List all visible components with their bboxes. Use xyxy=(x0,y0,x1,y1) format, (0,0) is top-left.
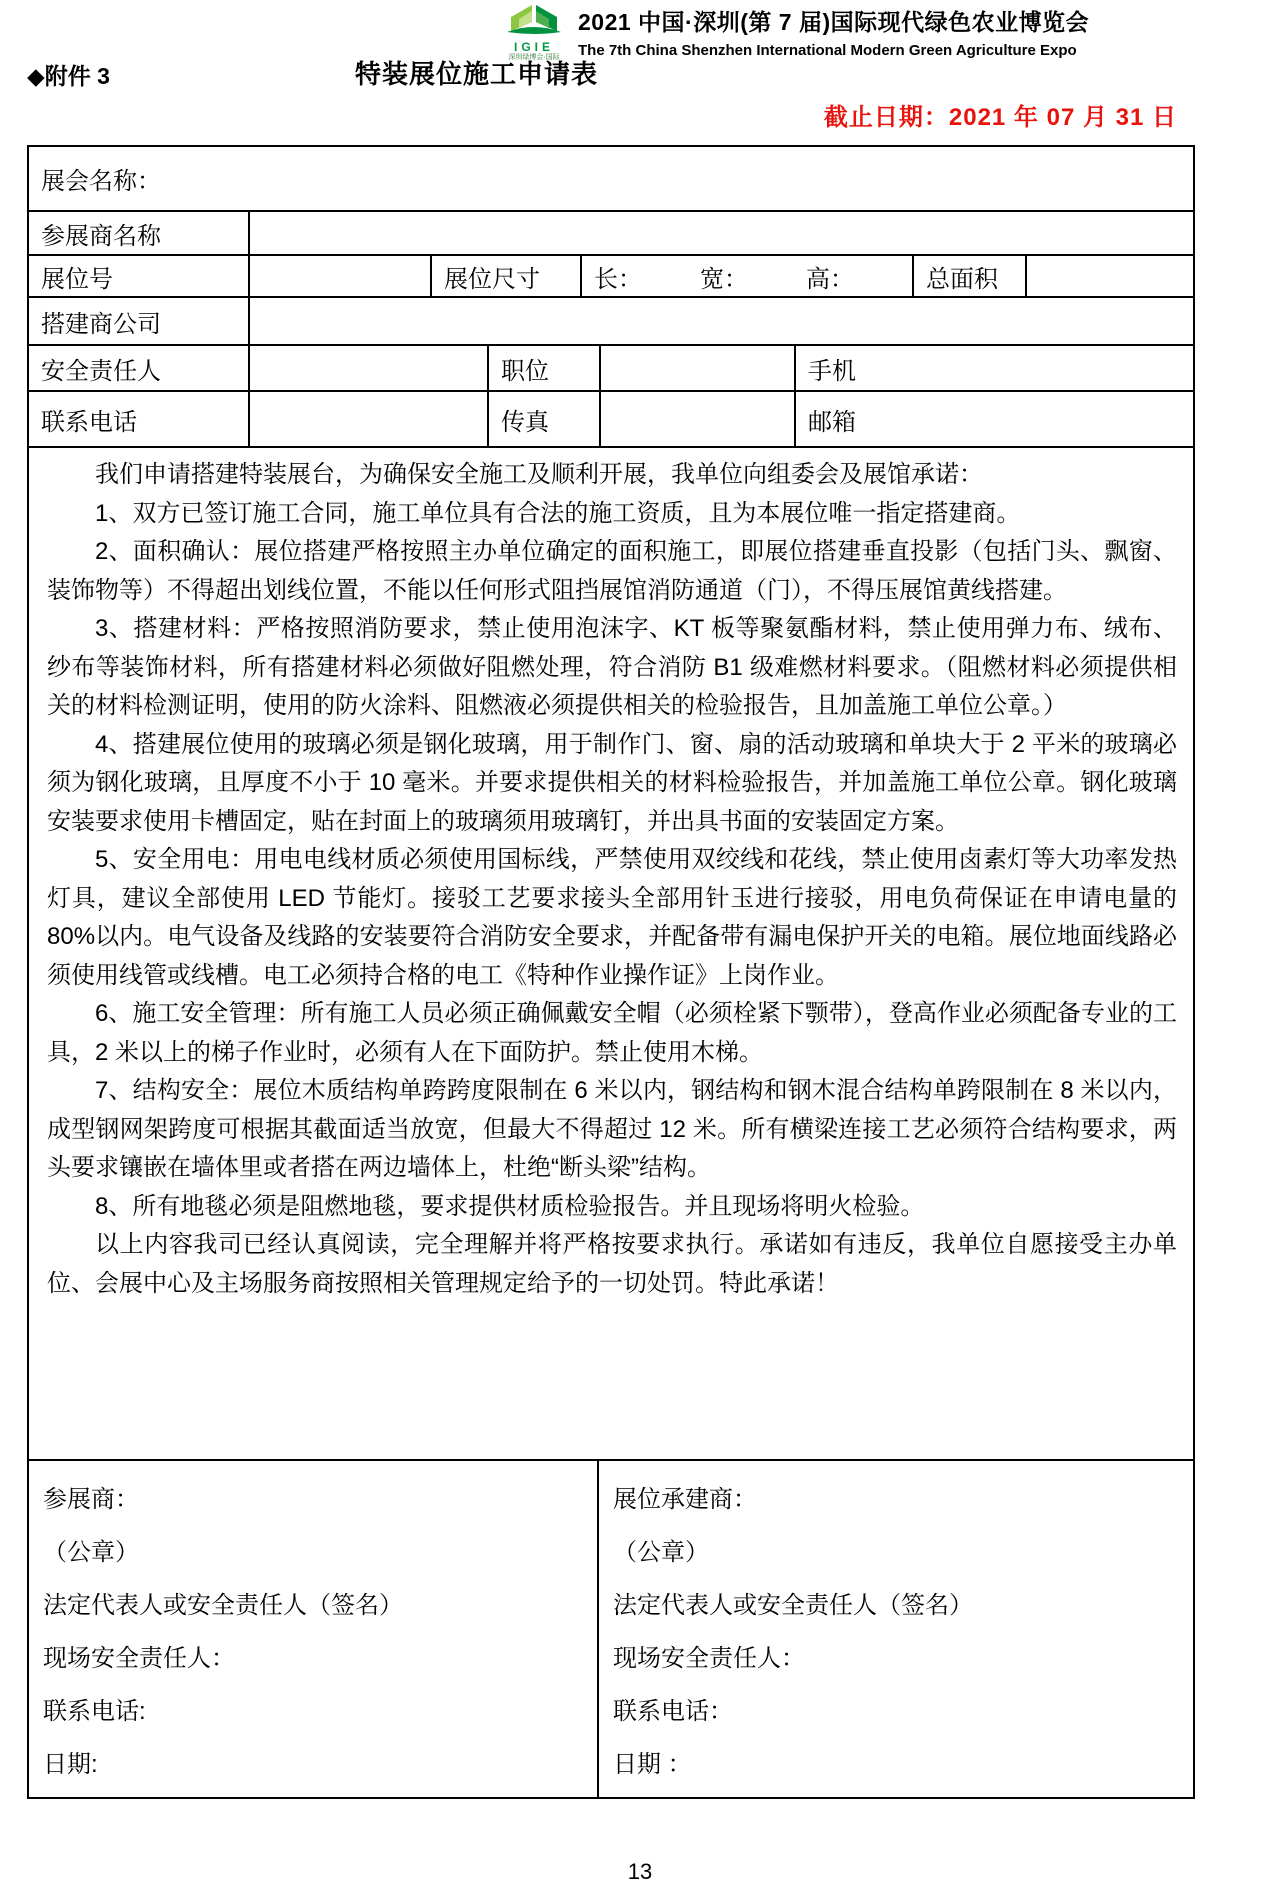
safety-officer-label: 安全责任人 xyxy=(41,351,161,386)
contractor-party-label: 展位承建商： xyxy=(599,1473,1193,1526)
form-title: 特装展位施工申请表 xyxy=(355,54,598,91)
pledge-paragraph: 7、结构安全：展位木质结构单跨跨度限制在 6 米以内，钢结构和钢木混合结构单跨限… xyxy=(47,1072,1177,1188)
dim-height-label: 高： xyxy=(806,259,854,294)
exhibitor-seal-label: （公章） xyxy=(29,1526,597,1579)
booth-no-label: 展位号 xyxy=(41,259,113,294)
fax-field[interactable] xyxy=(601,392,796,446)
expo-titles: 2021 中国·深圳(第 7 届)国际现代绿色农业博览会 The 7th Chi… xyxy=(578,4,1138,59)
expo-title-cn: 2021 中国·深圳(第 7 届)国际现代绿色农业博览会 xyxy=(578,4,1138,37)
signature-section: 参展商： （公章） 法定代表人或安全责任人（签名） 现场安全责任人： 联系电话:… xyxy=(29,1461,1193,1797)
signature-exhibitor-cell[interactable]: 参展商： （公章） 法定代表人或安全责任人（签名） 现场安全责任人： 联系电话:… xyxy=(29,1461,599,1797)
signature-contractor-cell[interactable]: 展位承建商： （公章） 法定代表人或安全责任人（签名） 现场安全责任人： 联系电… xyxy=(599,1461,1193,1797)
application-form-page: IGIE 深圳绿博会·国际 2021 中国·深圳(第 7 届)国际现代绿色农业博… xyxy=(0,0,1280,1901)
pledge-paragraph: 我们申请搭建特装展台，为确保安全施工及顺利开展，我单位向组委会及展馆承诺： xyxy=(47,456,1177,495)
pledge-paragraph: 1、双方已签订施工合同，施工单位具有合法的施工资质，且为本展位唯一指定搭建商。 xyxy=(47,495,1177,534)
booth-no-field[interactable] xyxy=(250,256,432,296)
position-label-cell: 职位 xyxy=(489,346,601,390)
booth-size-label-cell: 展位尺寸 xyxy=(432,256,582,296)
row-contact-phone: 联系电话 传真 邮箱 xyxy=(29,392,1193,448)
exhibitor-date-label: 日期: xyxy=(29,1738,597,1791)
pledge-paragraph: 2、面积确认：展位搭建严格按照主办单位确定的面积施工，即展位搭建垂直投影（包括门… xyxy=(47,533,1177,610)
deadline-text: 截止日期：2021 年 07 月 31 日 xyxy=(27,97,1177,132)
mobile-label: 手机 xyxy=(808,351,856,386)
exhibitor-name-label-cell: 参展商名称 xyxy=(29,212,250,254)
total-area-label: 总面积 xyxy=(926,259,998,294)
logo-leaves-icon xyxy=(497,2,571,36)
exhibitor-rep-label: 法定代表人或安全责任人（签名） xyxy=(29,1579,597,1632)
contractor-seal-label: （公章） xyxy=(599,1526,1193,1579)
contractor-rep-label: 法定代表人或安全责任人（签名） xyxy=(599,1579,1193,1632)
contractor-label: 搭建商公司 xyxy=(41,304,161,339)
total-area-label-cell: 总面积 xyxy=(914,256,1027,296)
exhibition-name-cell[interactable]: 展会名称： xyxy=(29,147,1193,210)
booth-dimensions-cell[interactable]: 长： 宽： 高： xyxy=(582,256,914,296)
total-area-field[interactable] xyxy=(1027,256,1193,296)
contractor-site-officer-label: 现场安全责任人： xyxy=(599,1632,1193,1685)
row-exhibition-name: 展会名称： xyxy=(29,147,1193,212)
safety-officer-label-cell: 安全责任人 xyxy=(29,346,250,390)
safety-officer-field[interactable] xyxy=(250,346,489,390)
position-label: 职位 xyxy=(501,351,549,386)
contractor-phone-label: 联系电话： xyxy=(599,1685,1193,1738)
pledge-paragraph: 3、搭建材料：严格按照消防要求，禁止使用泡沫字、KT 板等聚氨酯材料，禁止使用弹… xyxy=(47,610,1177,726)
pledge-paragraph: 5、安全用电：用电电线材质必须使用国标线，严禁使用双绞线和花线，禁止使用卤素灯等… xyxy=(47,841,1177,995)
expo-title-en: The 7th China Shenzhen International Mod… xyxy=(578,42,1138,59)
booth-size-label: 展位尺寸 xyxy=(444,259,540,294)
pledge-paragraph: 6、施工安全管理：所有施工人员必须正确佩戴安全帽（必须栓紧下颚带），登高作业必须… xyxy=(47,995,1177,1072)
contractor-field[interactable] xyxy=(250,298,1193,344)
exhibitor-name-field[interactable] xyxy=(250,212,1193,254)
row-contractor: 搭建商公司 xyxy=(29,298,1193,346)
contact-phone-label-cell: 联系电话 xyxy=(29,392,250,446)
exhibitor-site-officer-label: 现场安全责任人： xyxy=(29,1632,597,1685)
contractor-date-label: 日期 ： xyxy=(599,1738,1193,1791)
fax-label-cell: 传真 xyxy=(489,392,601,446)
logo-abbr-text: IGIE xyxy=(497,41,571,53)
booth-no-label-cell: 展位号 xyxy=(29,256,250,296)
pledge-paragraph: 4、搭建展位使用的玻璃必须是钢化玻璃，用于制作门、窗、扇的活动玻璃和单块大于 2… xyxy=(47,726,1177,842)
email-cell[interactable]: 邮箱 xyxy=(796,392,1193,446)
fax-label: 传真 xyxy=(501,402,549,437)
contact-phone-label: 联系电话 xyxy=(41,402,137,437)
exhibitor-name-label: 参展商名称 xyxy=(41,216,161,251)
page-number: 13 xyxy=(0,1859,1280,1885)
exhibitor-party-label: 参展商： xyxy=(29,1473,597,1526)
pledge-section: 我们申请搭建特装展台，为确保安全施工及顺利开展，我单位向组委会及展馆承诺： 1、… xyxy=(29,448,1193,1461)
expo-logo: IGIE 深圳绿博会·国际 xyxy=(497,2,571,56)
pledge-paragraph: 以上内容我司已经认真阅读，完全理解并将严格按要求执行。承诺如有违反，我单位自愿接… xyxy=(47,1226,1177,1303)
contractor-label-cell: 搭建商公司 xyxy=(29,298,250,344)
exhibitor-phone-label: 联系电话: xyxy=(29,1685,597,1738)
row-exhibitor-name: 参展商名称 xyxy=(29,212,1193,256)
position-field[interactable] xyxy=(601,346,796,390)
row-safety-officer: 安全责任人 职位 手机 xyxy=(29,346,1193,392)
exhibition-name-label: 展会名称： xyxy=(41,161,161,196)
pledge-paragraph: 8、所有地毯必须是阻燃地毯，要求提供材质检验报告。并且现场将明火检验。 xyxy=(47,1188,1177,1227)
application-table: 展会名称： 参展商名称 展位号 展位尺寸 长： 宽： 高： 总面积 xyxy=(27,145,1195,1799)
row-booth: 展位号 展位尺寸 长： 宽： 高： 总面积 xyxy=(29,256,1193,298)
dim-width-label: 宽： xyxy=(700,259,748,294)
contact-phone-field[interactable] xyxy=(250,392,489,446)
dim-length-label: 长： xyxy=(594,259,642,294)
mobile-cell[interactable]: 手机 xyxy=(796,346,1193,390)
email-label: 邮箱 xyxy=(808,402,856,437)
attachment-label: ◆附件 3 xyxy=(27,58,110,91)
